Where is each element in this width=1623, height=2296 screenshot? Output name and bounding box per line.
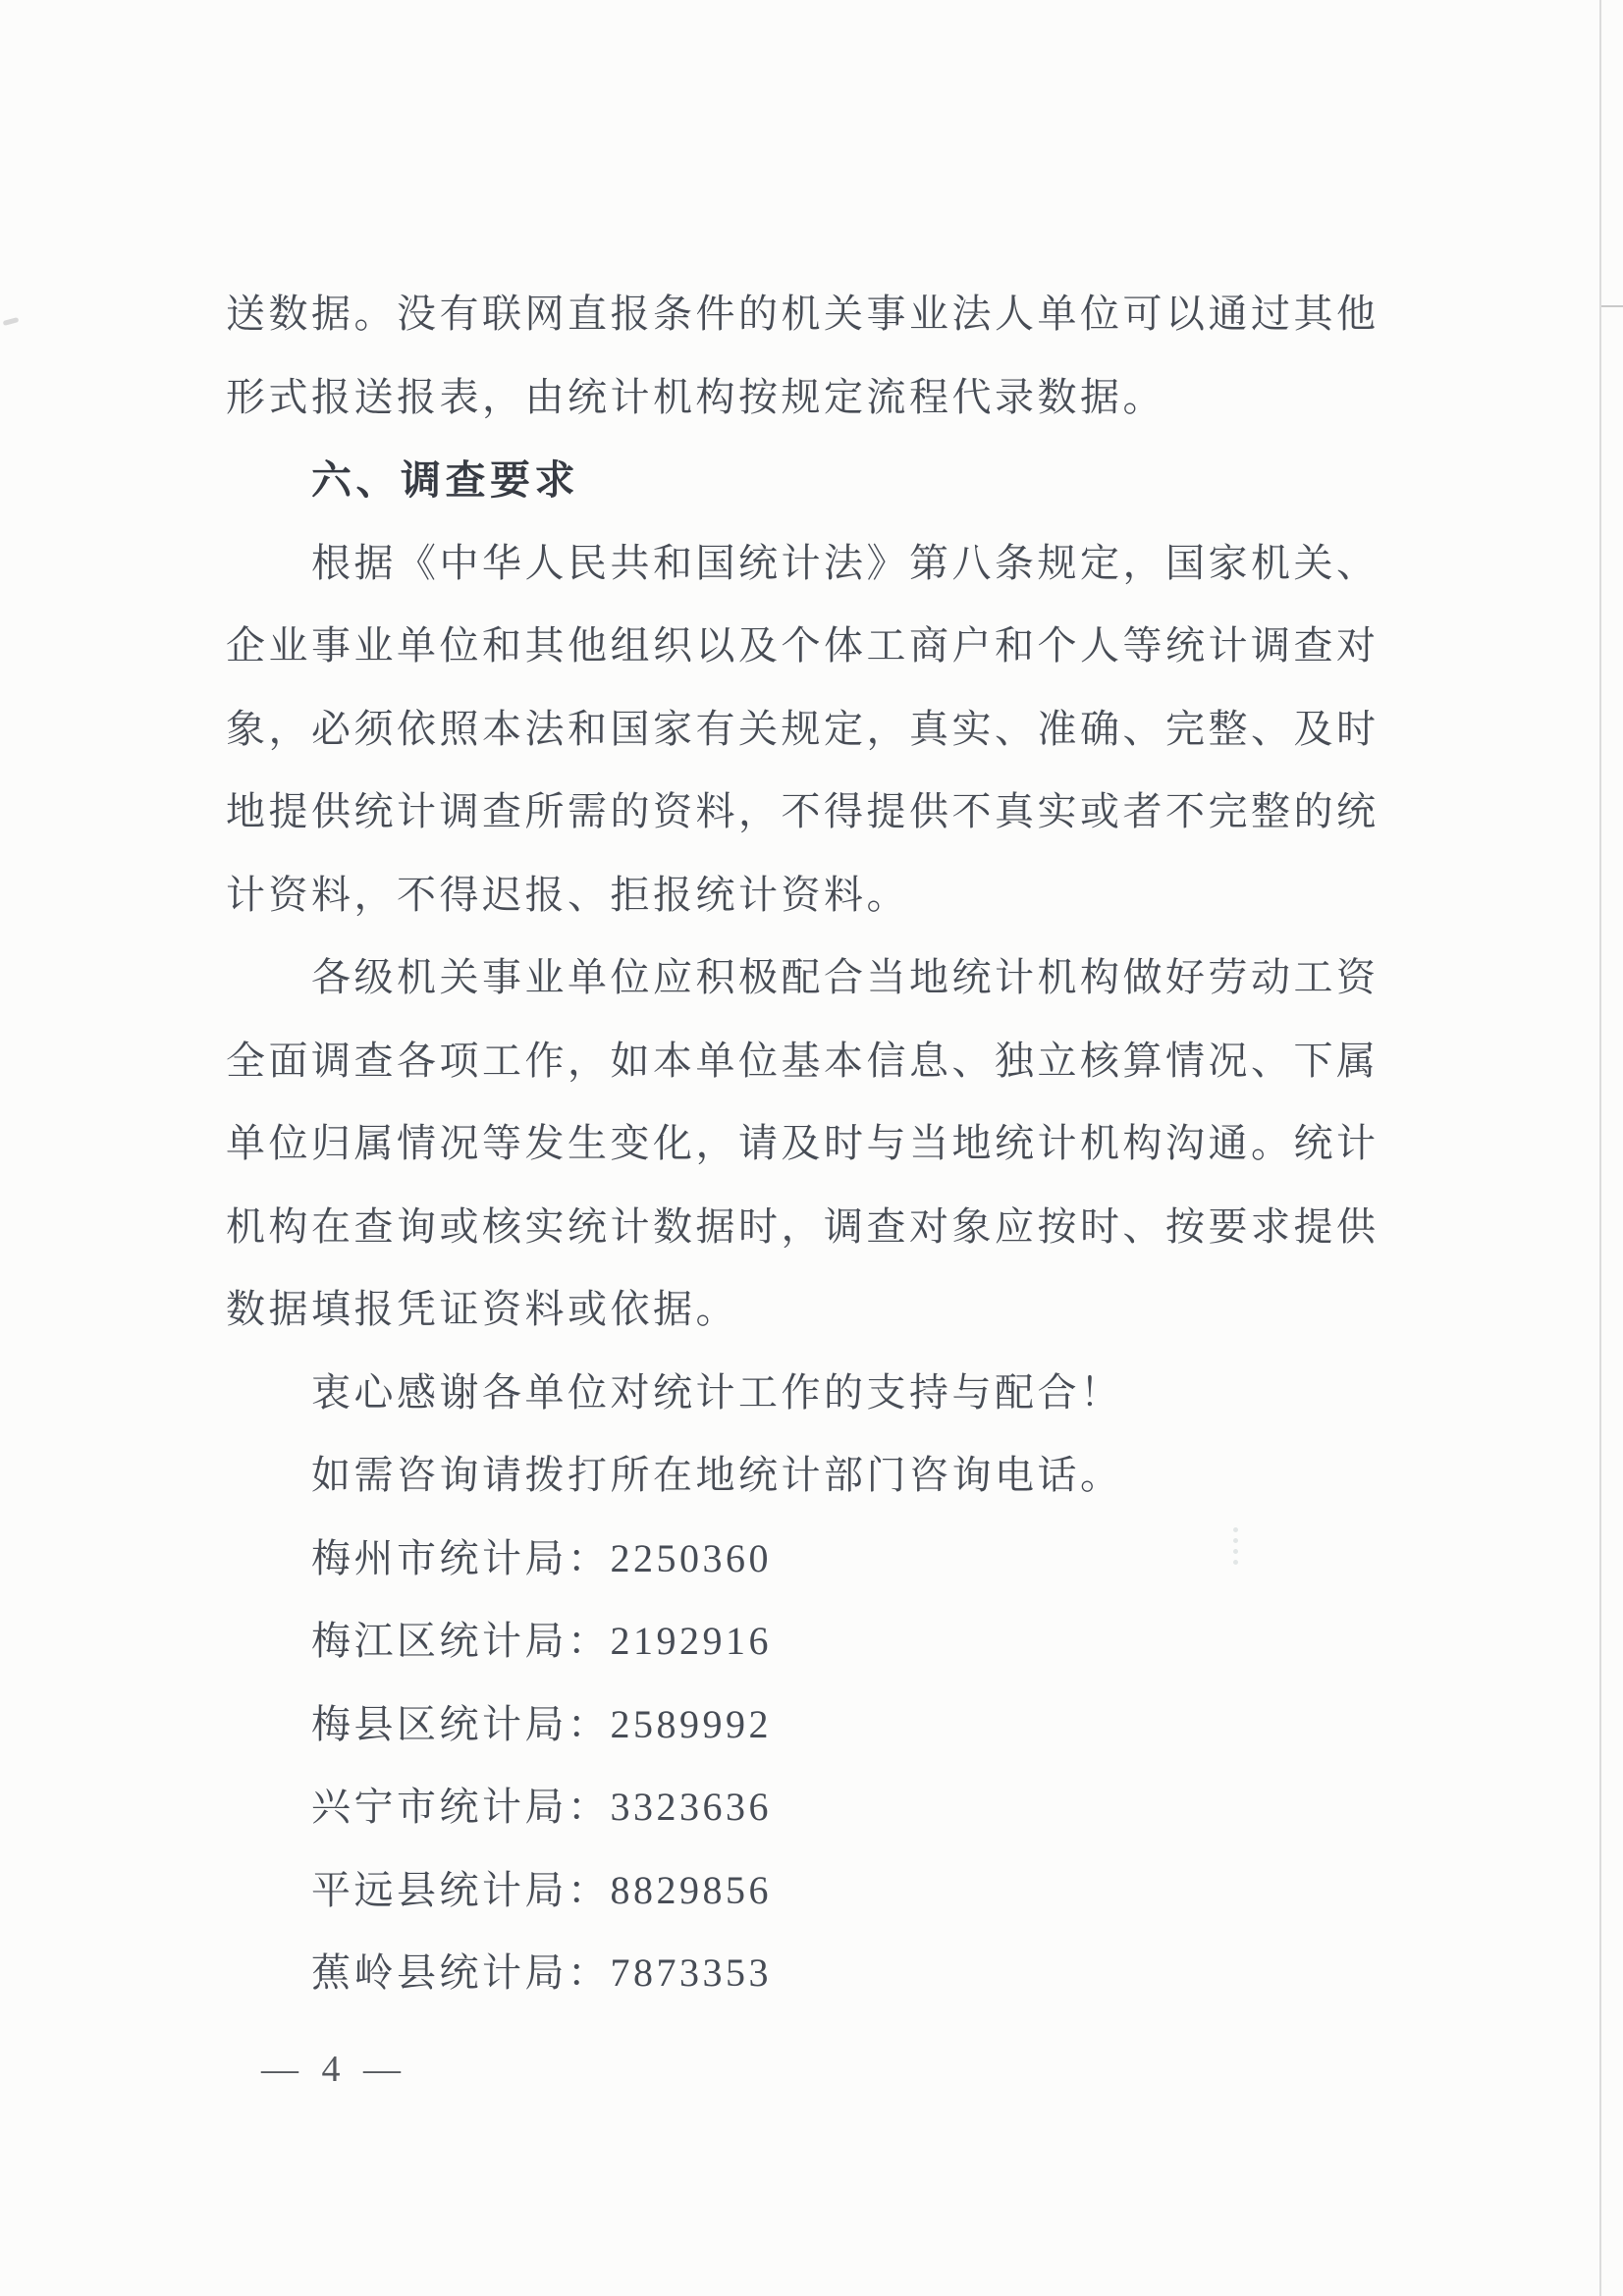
text-line: 各级机关事业单位应积极配合当地统计机构做好劳动工资 [226,936,1419,1020]
document-text-block: 送数据。没有联网直报条件的机关事业法人单位可以通过其他形式报送报表，由统计机构按… [226,273,1419,2015]
section-heading: 六、调查要求 [226,439,1419,522]
text-line: 蕉岭县统计局：7873353 [226,1932,1419,2015]
text-line: 衷心感谢各单位对统计工作的支持与配合！ [226,1352,1419,1435]
text-line: 象，必须依照本法和国家有关规定，真实、准确、完整、及时 [226,688,1419,772]
text-line: 送数据。没有联网直报条件的机关事业法人单位可以通过其他 [226,273,1419,356]
text-line: 全面调查各项工作，如本单位基本信息、独立核算情况、下属 [226,1020,1419,1103]
scan-artifact-vertical-line [1599,0,1601,2296]
page-number: — 4 — [261,2028,401,2111]
text-line: 梅江区统计局：2192916 [226,1600,1419,1683]
text-line: 兴宁市统计局：3323636 [226,1766,1419,1849]
text-line: 数据填报凭证资料或依据。 [226,1268,1419,1352]
scan-artifact-speck [3,317,20,326]
text-line: 梅县区统计局：2589992 [226,1683,1419,1767]
text-line: 梅州市统计局：2250360 [226,1518,1419,1601]
text-line: 如需咨询请拨打所在地统计部门咨询电话。 [226,1434,1419,1518]
text-line: 企业事业单位和其他组织以及个体工商户和个人等统计调查对 [226,605,1419,688]
text-line: 根据《中华人民共和国统计法》第八条规定，国家机关、 [226,522,1419,606]
text-line: 计资料，不得迟报、拒报统计资料。 [226,854,1419,937]
scan-artifact-tick [1601,305,1623,307]
text-line: 平远县统计局：8829856 [226,1849,1419,1933]
text-line: 地提供统计调查所需的资料，不得提供不真实或者不完整的统 [226,771,1419,854]
scan-artifact-mark [1233,1527,1238,1565]
text-line: 单位归属情况等发生变化，请及时与当地统计机构沟通。统计 [226,1102,1419,1186]
text-line: 形式报送报表，由统计机构按规定流程代录数据。 [226,356,1419,440]
document-page: 送数据。没有联网直报条件的机关事业法人单位可以通过其他形式报送报表，由统计机构按… [0,0,1623,2296]
text-line: 机构在查询或核实统计数据时，调查对象应按时、按要求提供 [226,1186,1419,1269]
